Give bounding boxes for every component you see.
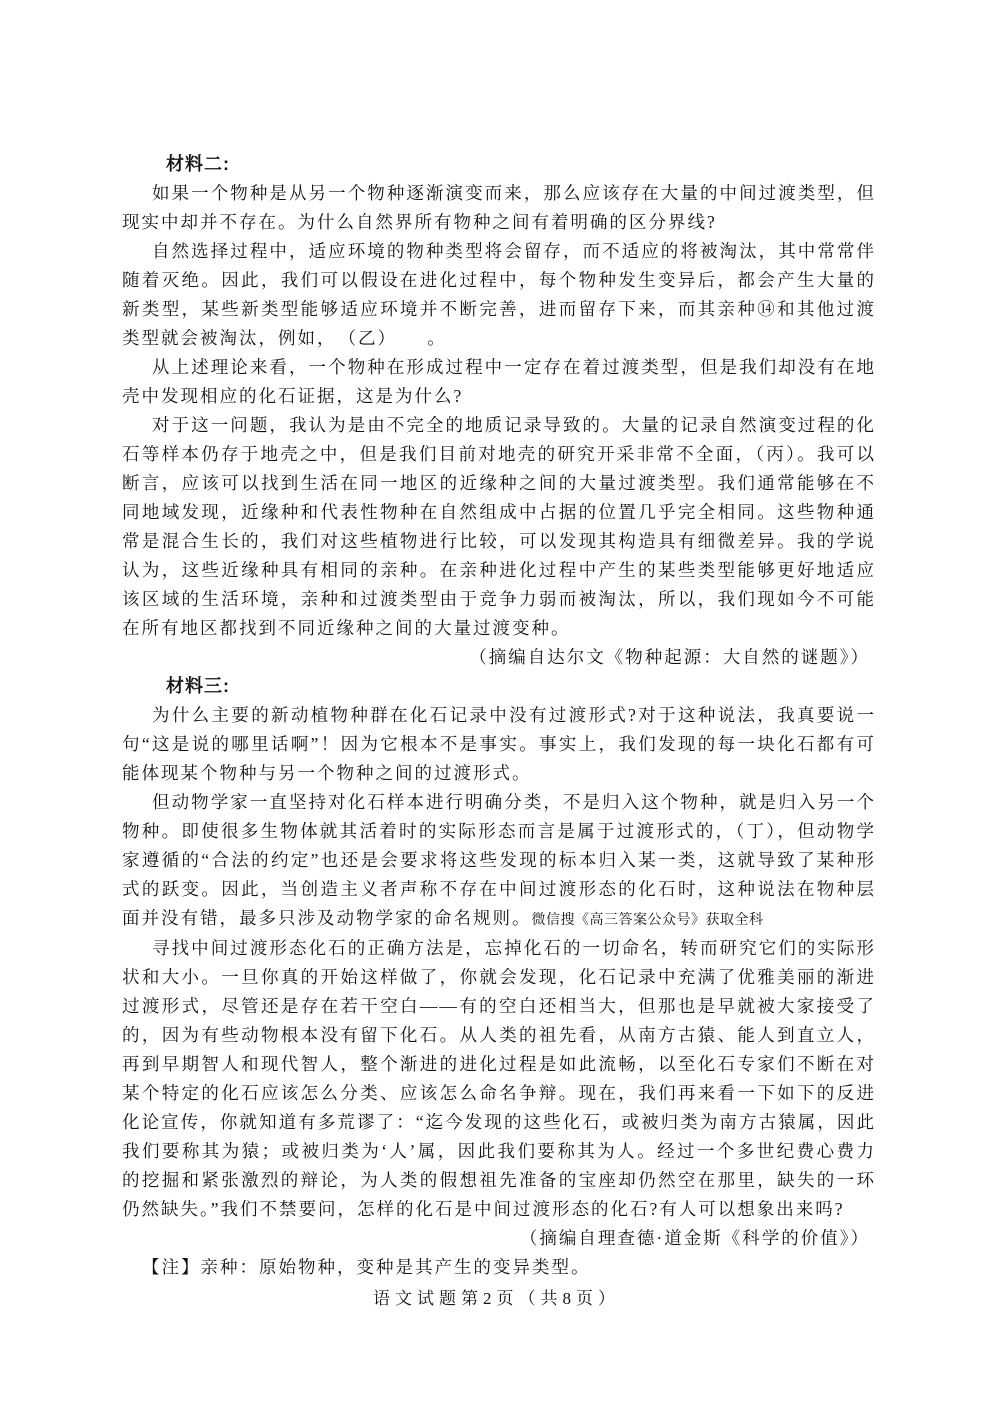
material-2-paragraph-2: 自然选择过程中，适应环境的物种类型将会留存，而不适应的将被淘汰，其中常常伴随着灭…: [122, 237, 876, 353]
material-2-paragraph-1: 如果一个物种是从另一个物种逐渐演变而来，那么应该存在大量的中间过渡类型，但现实中…: [122, 179, 876, 237]
footnote: 【注】亲种：原始物种，变种是其产生的变异类型。: [122, 1253, 876, 1282]
material-3-heading: 材料三:: [122, 672, 876, 701]
material-3-paragraph-1: 为什么主要的新动植物种群在化石记录中没有过渡形式?对于这种说法，我真要说一句“这…: [122, 701, 876, 788]
exam-paper-page: 材料二: 如果一个物种是从另一个物种逐渐演变而来，那么应该存在大量的中间过渡类型…: [0, 0, 993, 1403]
material-2-heading: 材料二:: [122, 150, 876, 179]
material-2-attribution: （摘编自达尔文《物种起源：大自然的谜题》）: [122, 643, 876, 672]
material-3-paragraph-3: 寻找中间过渡形态化石的正确方法是，忘掉化石的一切命名，转而研究它们的实际形状和大…: [122, 934, 876, 1224]
page-content: 材料二: 如果一个物种是从另一个物种逐渐演变而来，那么应该存在大量的中间过渡类型…: [122, 150, 876, 1282]
wechat-ad-watermark-text: 微信搜《高三答案公众号》获取全科: [532, 911, 764, 927]
material-2-paragraph-3: 从上述理论来看，一个物种在形成过程中一定存在着过渡类型，但是我们却没有在地壳中发…: [122, 353, 876, 411]
material-2-paragraph-4: 对于这一问题，我认为是由不完全的地质记录导致的。大量的记录自然演变过程的化石等样…: [122, 411, 876, 643]
material-3-paragraph-2: 但动物学家一直坚持对化石样本进行明确分类，不是归入这个物种，就是归入另一个物种。…: [122, 788, 876, 934]
page-number-footer: 语文试题第2页（共8页）: [0, 1284, 993, 1313]
material-3-paragraph-2-text: 但动物学家一直坚持对化石样本进行明确分类，不是归入这个物种，就是归入另一个物种。…: [122, 792, 876, 928]
material-3-attribution: （摘编自理查德·道金斯《科学的价值》）: [122, 1224, 876, 1253]
